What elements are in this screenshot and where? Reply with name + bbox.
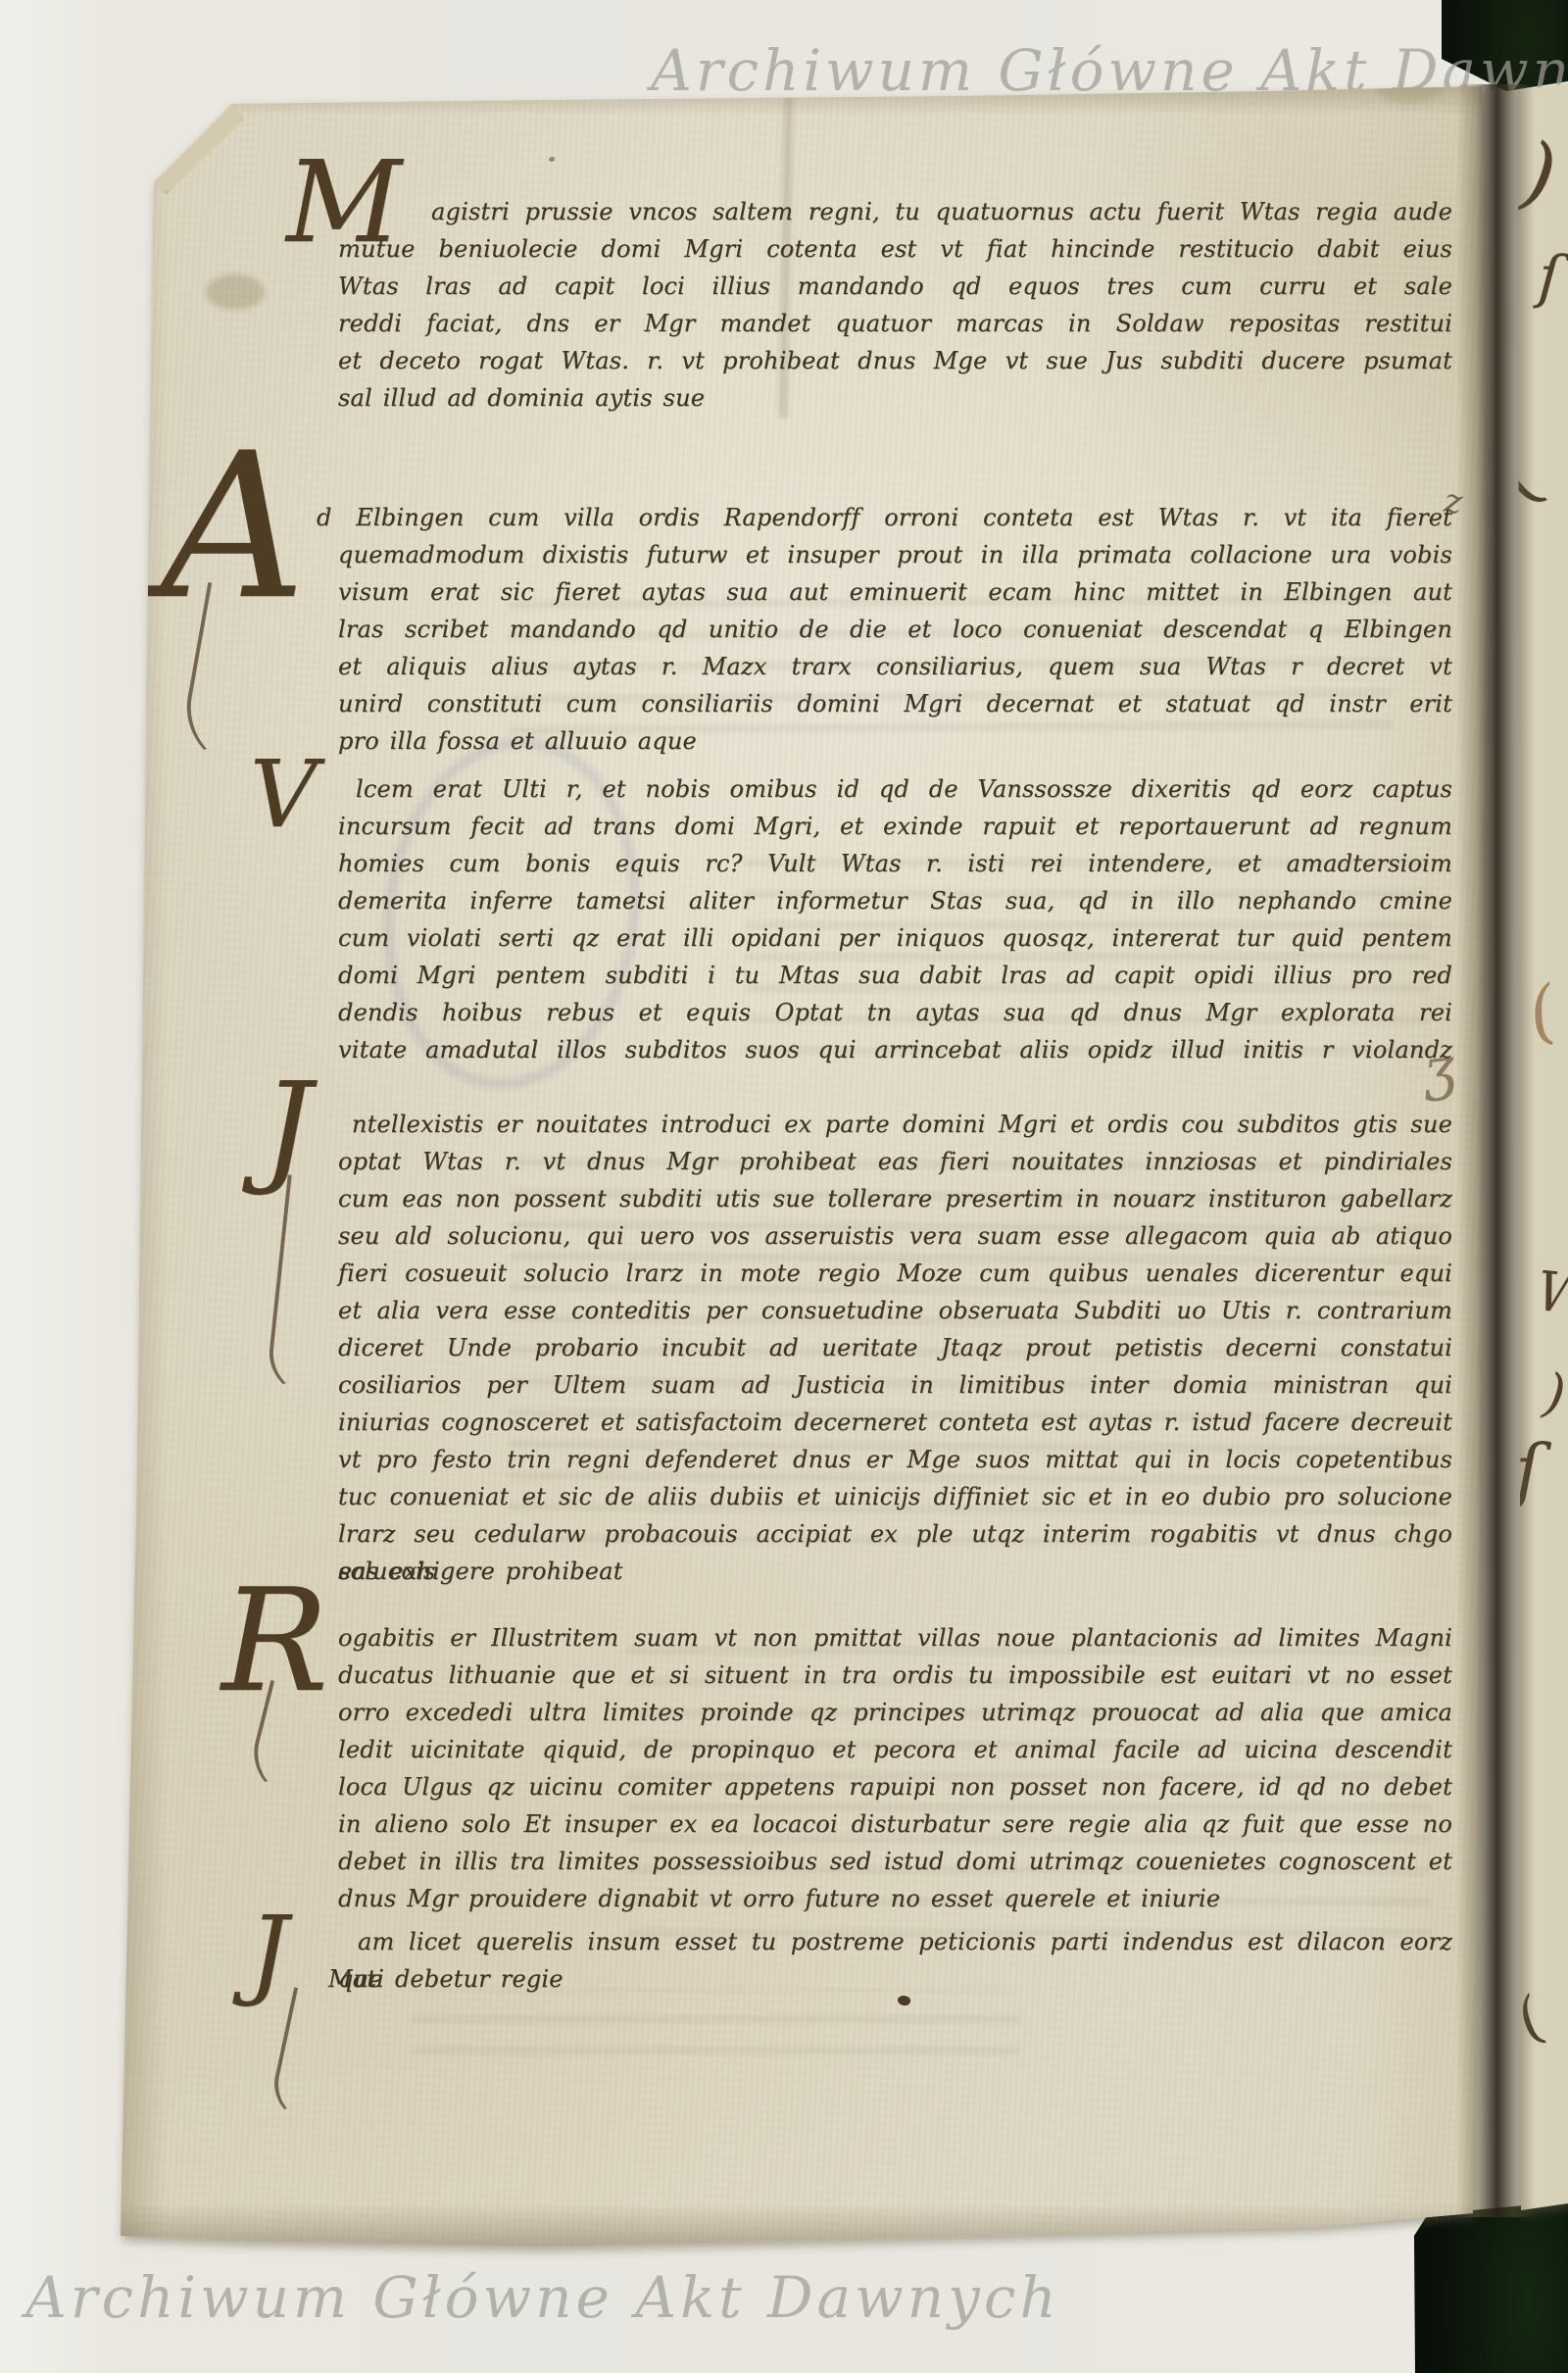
page-edge-shading-top [147, 86, 1485, 116]
manuscript-line: domi Mgri pentem subditi i tu Mtas sua d… [338, 957, 1452, 994]
paragraph-6: am licet querelis insum esset tu postrem… [338, 1923, 1452, 1998]
manuscript-line: cum violati serti qz erat illi opidani p… [338, 919, 1452, 957]
manuscript-line: pro illa fossa et alluuio aque [338, 722, 1452, 760]
initial-capital: J [263, 1066, 312, 1189]
manuscript-line: demerita inferre tametsi aliter informet… [338, 882, 1452, 919]
manuscript-line: lrarz seu cedularw probacouis accipiat e… [338, 1515, 1452, 1553]
dog-ear-fold [147, 96, 245, 194]
manuscript-line: et aliquis alius aytas r. Mazx trarx con… [338, 648, 1452, 685]
manuscript-line: unird constituti cum consiliariis domini… [338, 685, 1452, 722]
page-edge-shading-bottom [121, 2203, 1483, 2247]
manuscript-line: mutue beniuolecie domi Mgri cotenta est … [338, 230, 1452, 268]
archive-watermark-bottom: Archiwum Główne Akt Dawnych [25, 2264, 1060, 2331]
manuscript-line: et alia vera esse conteditis per consuet… [338, 1292, 1452, 1329]
manuscript-line: dendis hoibus rebus et equis Optat tn ay… [338, 994, 1452, 1031]
initial-flourish [266, 1174, 331, 1395]
manuscript-line: Mati debetur regie [338, 1960, 1452, 1998]
paragraph-5: ogabitis er Illustritem suam vt non pmit… [338, 1619, 1452, 1917]
manuscript-line: am licet querelis insum esset tu postrem… [338, 1923, 1452, 1960]
manuscript-line: loca Ulgus qz uicinu comiter appetens ra… [338, 1768, 1452, 1805]
manuscript-line: vitate amadutal illos subditos suos qui … [338, 1031, 1452, 1068]
manuscript-line: iniurias cognosceret et satisfactoim dec… [338, 1404, 1452, 1441]
paragraph-1: agistri prussie vncos saltem regni, tu q… [338, 193, 1452, 417]
manuscript-line: in alieno solo Et insuper ex ea locacoi … [338, 1805, 1452, 1843]
manuscript-line: cum eas non possent subditi utis sue tol… [338, 1180, 1452, 1217]
manuscript-line: incursum fecit ad trans domi Mgri, et ex… [338, 808, 1452, 845]
manuscript-line: homies cum bonis equis rc? Vult Wtas r. … [338, 845, 1452, 882]
manuscript-line: ntellexistis er nouitates introduci ex p… [338, 1106, 1452, 1143]
manuscript-line: reddi faciat, dns er Mgr mandet quatuor … [338, 305, 1452, 342]
paragraph-3: lcem erat Ulti r, et nobis omibus id qd … [338, 770, 1452, 1068]
manuscript-line: tuc conueniat et sic de aliis dubiis et … [338, 1478, 1452, 1515]
manuscript-line: agistri prussie vncos saltem regni, tu q… [338, 193, 1452, 230]
manuscript-line: quemadmodum dixistis futurw et insuper p… [338, 536, 1452, 573]
initial-capital: J [249, 1903, 288, 2002]
bleedthrough-ghost [412, 1990, 1019, 2078]
manuscript-line: et deceto rogat Wtas. r. vt prohibeat dn… [338, 342, 1452, 379]
manuscript-line: visum erat sic fieret aytas sua aut emin… [338, 573, 1452, 611]
manuscript-line: ledit uicinitate qiquid, de propinquo et… [338, 1731, 1452, 1768]
manuscript-line: vt pro festo trin regni defenderet dnus … [338, 1441, 1452, 1478]
manuscript-line: lcem erat Ulti r, et nobis omibus id qd … [338, 770, 1452, 808]
manuscript-line: sal illud ad dominia aytis sue [338, 379, 1452, 417]
manuscript-line: fieri cosueuit solucio lrarz in mote reg… [338, 1255, 1452, 1292]
manuscript-page: M agistri prussie vncos saltem regni, tu… [0, 0, 1568, 2373]
manuscript-line: optat Wtas r. vt dnus Mgr prohibeat eas … [338, 1143, 1452, 1180]
manuscript-line: diceret Unde probario incubit ad ueritat… [338, 1329, 1452, 1366]
manuscript-line: ducatus lithuanie que et si situent in t… [338, 1656, 1452, 1694]
paragraph-4: ntellexistis er nouitates introduci ex p… [338, 1106, 1452, 1590]
manuscript-line: debet in illis tra limites possessioibus… [338, 1843, 1452, 1880]
paragraph-2: d Elbingen cum villa ordis Rapendorff or… [338, 499, 1452, 760]
manuscript-line: cosiliarios per Ultem suam ad Justicia i… [338, 1366, 1452, 1404]
stain [206, 274, 265, 310]
manuscript-line: Wtas lras ad capit loci illius mandando … [338, 268, 1452, 305]
manuscript-line: orro excededi ultra limites proinde qz p… [338, 1694, 1452, 1731]
manuscript-line: eas exhigere prohibeat [338, 1553, 1452, 1590]
stain [1376, 65, 1445, 104]
manuscript-line: d Elbingen cum villa ordis Rapendorff or… [338, 499, 1452, 536]
manuscript-line: dnus Mgr prouidere dignabit vt orro futu… [338, 1880, 1452, 1917]
ink-blot [549, 157, 555, 162]
manuscript-line: ogabitis er Illustritem suam vt non pmit… [338, 1619, 1452, 1656]
margin-mark: ʒ [1420, 1033, 1459, 1103]
manuscript-line: lras scribet mandando qd unitio de die e… [338, 611, 1452, 648]
initial-capital: V [250, 749, 318, 842]
book-gutter-shadow [1456, 84, 1535, 2217]
scanned-manuscript-view: Archiwum Główne Akt Dawnych ) ſ ( ( W ) … [0, 0, 1568, 2373]
manuscript-page-wrap: M agistri prussie vncos saltem regni, tu… [0, 0, 1568, 2373]
manuscript-line: seu ald solucionu, qui uero vos asseruis… [338, 1217, 1452, 1255]
